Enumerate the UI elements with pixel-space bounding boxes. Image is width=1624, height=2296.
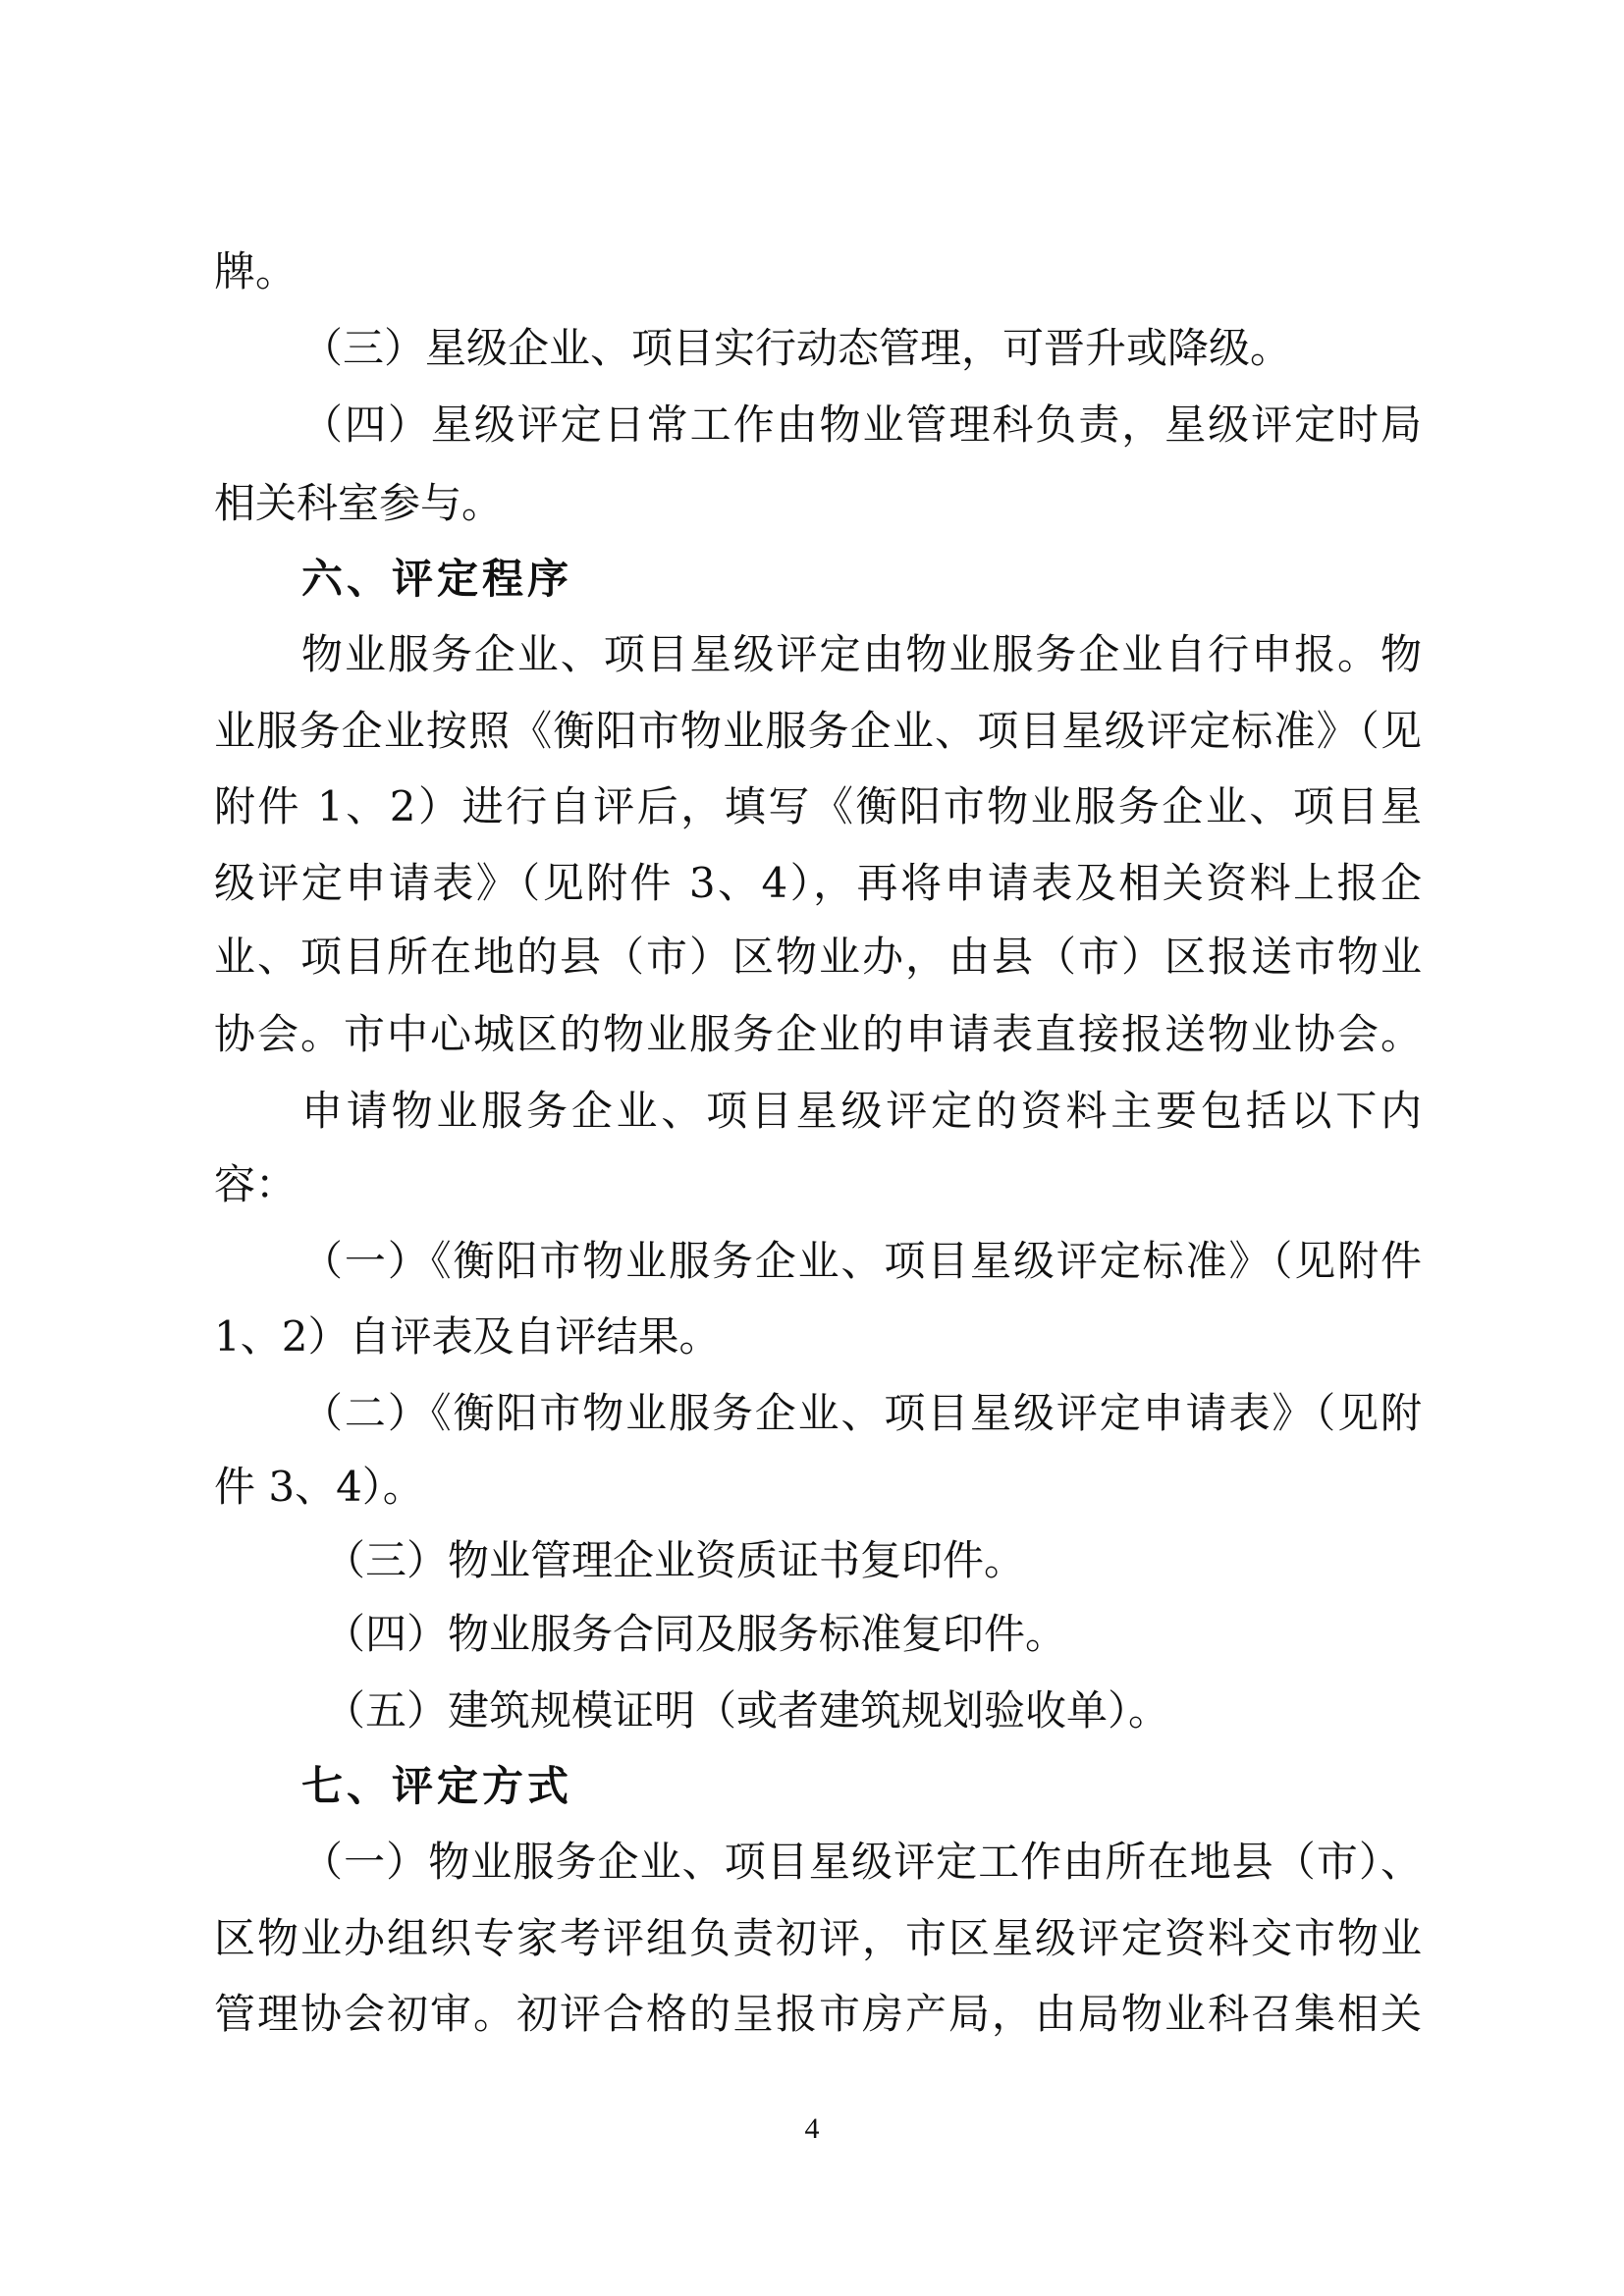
paragraph-line: （三）星级企业、项目实行动态管理，可晋升或降级。 xyxy=(301,319,1422,378)
list-item-line: （三）物业管理企业资质证书复印件。 xyxy=(324,1531,1422,1590)
paragraph-line: 申请物业服务企业、项目星级评定的资料主要包括以下内 xyxy=(301,1082,1422,1141)
paragraph-line: 容： xyxy=(214,1155,1422,1214)
paragraph-line: 附件 1、2）进行自评后，填写《衡阳市物业服务企业、项目星 xyxy=(214,777,1422,836)
paragraph-line: （四）星级评定日常工作由物业管理科负责，星级评定时局 xyxy=(301,396,1422,454)
page-number: 4 xyxy=(0,2112,1624,2146)
list-item-line: 件 3、4）。 xyxy=(214,1458,1422,1517)
list-item-line: （一）《衡阳市物业服务企业、项目星级评定标准》（见附件 xyxy=(301,1232,1422,1291)
paragraph-line: 业服务企业按照《衡阳市物业服务企业、项目星级评定标准》（见 xyxy=(214,702,1422,761)
list-item-line: （二）《衡阳市物业服务企业、项目星级评定申请表》（见附 xyxy=(301,1384,1422,1443)
paragraph-line: 管理协会初审。初评合格的呈报市房产局，由局物业科召集相关 xyxy=(214,1985,1422,2044)
document-page: 牌。 （三）星级企业、项目实行动态管理，可晋升或降级。 （四）星级评定日常工作由… xyxy=(0,0,1624,2296)
paragraph-line: 级评定申请表》（见附件 3、4），再将申请表及相关资料上报企 xyxy=(214,854,1422,913)
paragraph-line: 协会。市中心城区的物业服务企业的申请表直接报送物业协会。 xyxy=(214,1005,1422,1064)
list-item-line: （一）物业服务企业、项目星级评定工作由所在地县（市）、 xyxy=(301,1833,1422,1892)
paragraph-line: 相关科室参与。 xyxy=(214,474,1422,533)
paragraph-line: 业、项目所在地的县（市）区物业办，由县（市）区报送市物业 xyxy=(214,928,1422,987)
paragraph-line: 物业服务企业、项目星级评定由物业服务企业自行申报。物 xyxy=(301,625,1422,684)
list-item-line: （五）建筑规模证明（或者建筑规划验收单）。 xyxy=(324,1682,1422,1740)
list-item-line: 1、2）自评表及自评结果。 xyxy=(214,1308,1422,1366)
section-heading: 七、评定方式 xyxy=(301,1757,1422,1816)
paragraph-line: 区物业办组织专家考评组负责初评，市区星级评定资料交市物业 xyxy=(214,1909,1422,1968)
section-heading: 六、评定程序 xyxy=(301,550,1422,609)
paragraph-line: 牌。 xyxy=(214,242,1422,301)
list-item-line: （四）物业服务合同及服务标准复印件。 xyxy=(324,1605,1422,1664)
